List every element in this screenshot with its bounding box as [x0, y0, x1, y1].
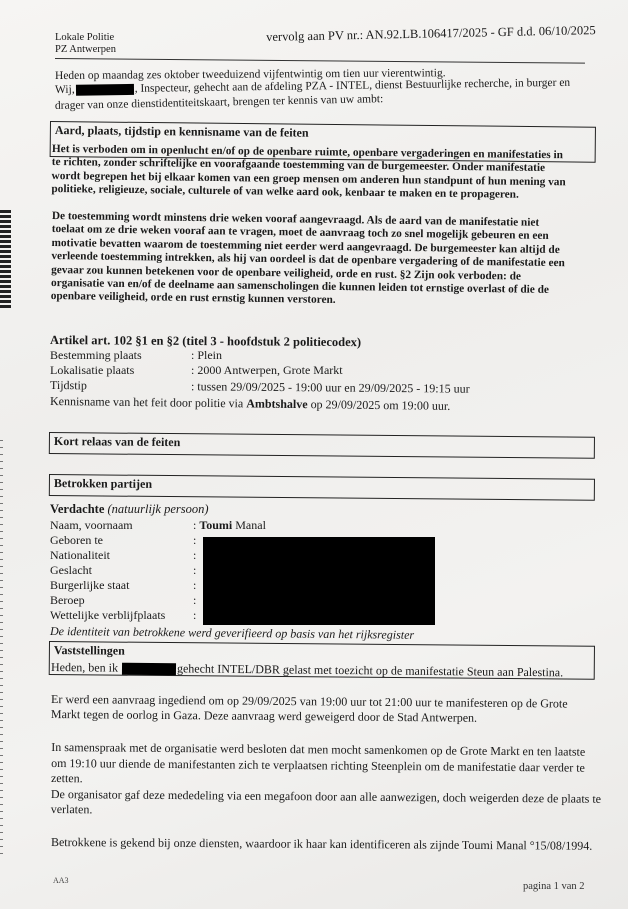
- header-rule: [55, 58, 585, 64]
- section-header-partijen: Betrokken partijen: [49, 474, 595, 501]
- redacted-officer-name: [76, 84, 134, 96]
- identity-verification-note: De identiteit van betrokkene werd geveri…: [50, 624, 414, 643]
- barcode-strip: [0, 210, 11, 310]
- paragraph-samenspraak: In samenspraak met de organisatie werd b…: [51, 740, 602, 822]
- field-label: Naam, voornaam: [50, 518, 193, 533]
- field-label: Bestemming plaats: [50, 348, 191, 363]
- section-title-vaststellingen: Vaststellingen: [54, 643, 125, 658]
- redacted-officer-name: [122, 663, 176, 676]
- org-zone: PZ Antwerpen: [55, 44, 116, 55]
- field-label: Wettelijke verblijfplaats: [50, 608, 193, 623]
- footer-code: AA3: [53, 876, 69, 885]
- field-colon: :: [193, 563, 196, 577]
- pv-reference: vervolg aan PV nr.: AN.92.LB.106417/2025…: [266, 23, 596, 45]
- kennisname-method: Ambtshalve: [246, 396, 308, 411]
- role-label: Verdachte: [50, 502, 104, 516]
- field-colon: :: [193, 593, 196, 607]
- intro-wij: Wij,: [55, 84, 75, 96]
- paragraph-verbod: Het is verboden om in openlucht en/of op…: [51, 143, 566, 203]
- field-value: : Plein: [191, 348, 222, 362]
- heden-suffix: gehecht INTEL/DBR gelast met toezicht op…: [177, 661, 563, 679]
- field-colon: :: [193, 533, 196, 547]
- field-label: Nationaliteit: [50, 548, 193, 563]
- page-number: pagina 1 van 2: [523, 881, 585, 892]
- org-name: Lokale Politie: [55, 32, 114, 43]
- field-geboren: Geboren te:: [50, 533, 196, 548]
- field-naam: Naam, voornaam: Toumi Manal: [50, 518, 266, 533]
- kennisname-prefix: Kennisname van het feit door politie via: [50, 394, 246, 410]
- field-bestemming: Bestemming plaats: Plein: [50, 348, 222, 363]
- field-colon: :: [193, 548, 196, 562]
- paragraph-aanvraag: Er werd een aanvraag ingediend om op 29/…: [51, 692, 568, 727]
- field-burgerlijke-staat: Burgerlijke staat:: [50, 578, 196, 593]
- section-title-relaas: Kort relaas van de feiten: [54, 434, 181, 449]
- field-nationaliteit: Nationaliteit:: [50, 548, 196, 563]
- paragraph-toestemming: De toestemming wordt minstens drie weken…: [51, 210, 566, 311]
- role-type: (natuurlijk persoon): [108, 502, 209, 516]
- field-label: Beroep: [50, 593, 193, 608]
- suspect-role: Verdachte (natuurlijk persoon): [50, 502, 209, 517]
- field-label: Burgerlijke staat: [50, 578, 193, 593]
- section-title-partijen: Betrokken partijen: [54, 476, 152, 491]
- field-colon: :: [193, 608, 196, 622]
- field-label: Lokalisatie plaats: [50, 363, 191, 378]
- section-header-relaas: Kort relaas van de feiten: [49, 432, 595, 459]
- redacted-personal-details: [203, 537, 435, 625]
- document-page: Lokale Politie PZ Antwerpen vervolg aan …: [0, 0, 628, 909]
- field-label: Geslacht: [50, 563, 193, 578]
- section-title-feiten: Aard, plaats, tijdstip en kennisname van…: [55, 123, 309, 140]
- paragraph-identificatie: Betrokkene is gekend bij onze diensten, …: [51, 835, 592, 854]
- kennisname-line: Kennisname van het feit door politie via…: [50, 394, 450, 414]
- field-label: Geboren te: [50, 533, 193, 548]
- kennisname-suffix: op 29/09/2025 om 19:00 uur.: [308, 397, 451, 413]
- field-geslacht: Geslacht:: [50, 563, 196, 578]
- heden-prefix: Heden, ben ik: [51, 660, 118, 675]
- suspect-firstname: Manal: [232, 518, 266, 532]
- field-verblijfplaats: Wettelijke verblijfplaats:: [50, 608, 196, 623]
- field-colon: :: [193, 578, 196, 592]
- field-label: Tijdstip: [50, 378, 191, 394]
- field-value: : tussen 29/09/2025 - 19:00 uur en 29/09…: [191, 379, 470, 395]
- margin-ticks: [0, 440, 3, 860]
- field-beroep: Beroep:: [50, 593, 196, 608]
- field-value: : 2000 Antwerpen, Grote Markt: [191, 363, 343, 377]
- suspect-surname: Toumi: [199, 518, 232, 532]
- field-lokalisatie: Lokalisatie plaats: 2000 Antwerpen, Grot…: [50, 363, 343, 378]
